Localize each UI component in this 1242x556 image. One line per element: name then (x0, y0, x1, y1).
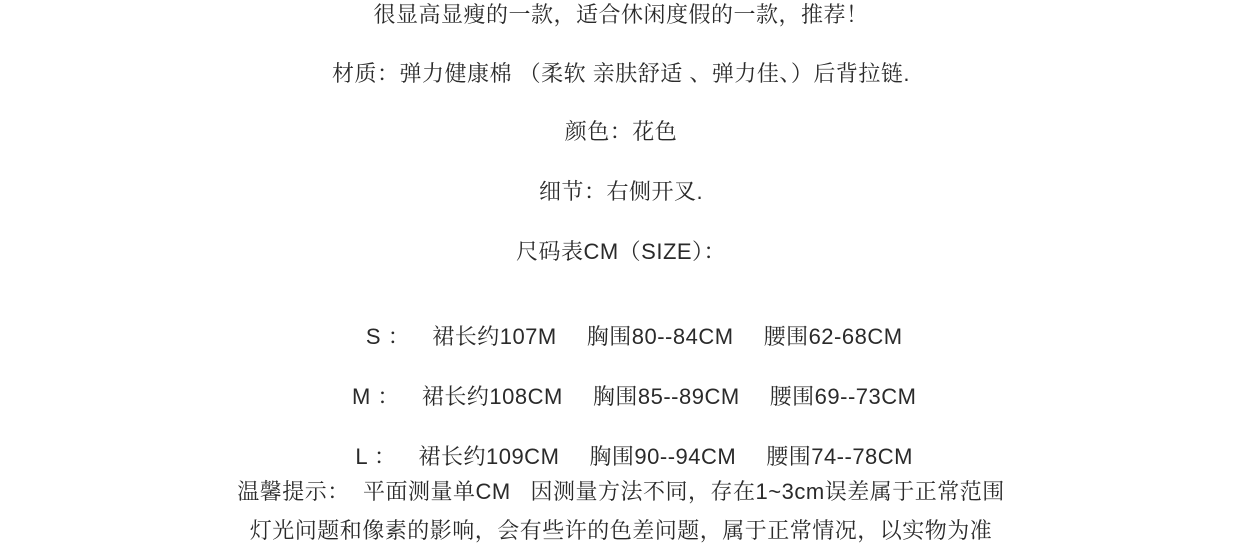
skirt-length-value: 裙长约107M (432, 324, 557, 349)
detail-line: 细节：右侧开叉. (0, 179, 1242, 204)
waist-value: 腰围62-68CM (764, 324, 903, 349)
size-chart-title: 尺码表CM（SIZE）： (0, 239, 1242, 264)
skirt-length-value: 裙长约109CM (418, 444, 559, 469)
size-label: M ： (352, 384, 400, 409)
size-label: L ： (355, 444, 396, 469)
product-description-page: 很显高显瘦的一款，适合休闲度假的一款，推荐！ 材质：弹力健康棉 （柔软 亲肤舒适… (0, 0, 1242, 556)
bust-value: 胸围80--84CM (587, 324, 734, 349)
waist-value: 腰围69--73CM (770, 384, 917, 409)
waist-value: 腰围74--78CM (766, 444, 913, 469)
skirt-length-value: 裙长约108CM (422, 384, 563, 409)
notice-line-1: 温馨提示： 平面测量单CM 因测量方法不同，存在1~3cm误差属于正常范围 (0, 479, 1242, 504)
material-line: 材质：弹力健康棉 （柔软 亲肤舒适 、弹力佳、）后背拉链. (0, 61, 1242, 86)
bust-value: 胸围85--89CM (593, 384, 740, 409)
color-line: 颜色：花色 (0, 119, 1242, 144)
bust-value: 胸围90--94CM (589, 444, 736, 469)
intro-line: 很显高显瘦的一款，适合休闲度假的一款，推荐！ (0, 2, 1242, 27)
size-label: S ： (366, 324, 410, 349)
notice-line-2: 灯光问题和像素的影响，会有些许的色差问题，属于正常情况，以实物为准 (0, 518, 1242, 543)
